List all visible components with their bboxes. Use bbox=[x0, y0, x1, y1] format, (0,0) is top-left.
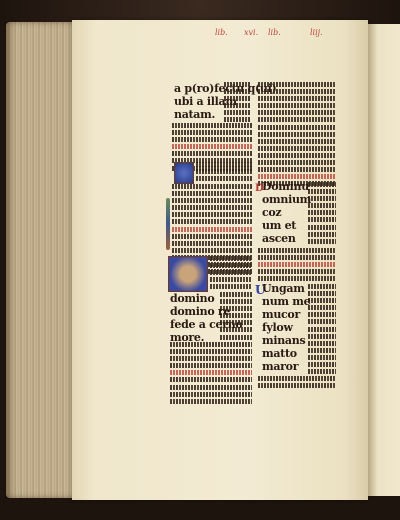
large-text: num me bbox=[262, 295, 308, 308]
page-block-edge bbox=[6, 22, 78, 498]
large-text: Ungam bbox=[262, 282, 308, 295]
large-text: fede a cerno bbox=[170, 318, 218, 331]
large-text: domino bbox=[170, 292, 218, 305]
header-text: liij. bbox=[310, 28, 323, 37]
large-text: coz bbox=[262, 206, 308, 219]
manuscript-page: lib. xvi. lib. liij. a p(ro)fectu q(ui) … bbox=[72, 20, 368, 500]
header-text: xvi. bbox=[244, 28, 258, 37]
large-text: ascen bbox=[262, 232, 308, 245]
historiated-initial bbox=[168, 256, 208, 292]
large-text: domino re bbox=[170, 305, 218, 318]
vine-decoration bbox=[166, 198, 170, 250]
large-text: matto bbox=[262, 347, 308, 360]
large-text: omnium bbox=[262, 193, 308, 206]
large-text: um et bbox=[262, 219, 308, 232]
large-text: mucor bbox=[262, 308, 308, 321]
right-column bbox=[258, 82, 336, 188]
large-text: fylow bbox=[262, 321, 308, 334]
large-text: minans bbox=[262, 334, 308, 347]
large-text: maror bbox=[262, 360, 308, 373]
facing-page-edge bbox=[368, 24, 400, 496]
header-text: lib. bbox=[215, 28, 228, 37]
header-text: lib. bbox=[268, 28, 281, 37]
decorated-initial bbox=[174, 162, 194, 184]
large-text: Dominu bbox=[262, 180, 308, 193]
